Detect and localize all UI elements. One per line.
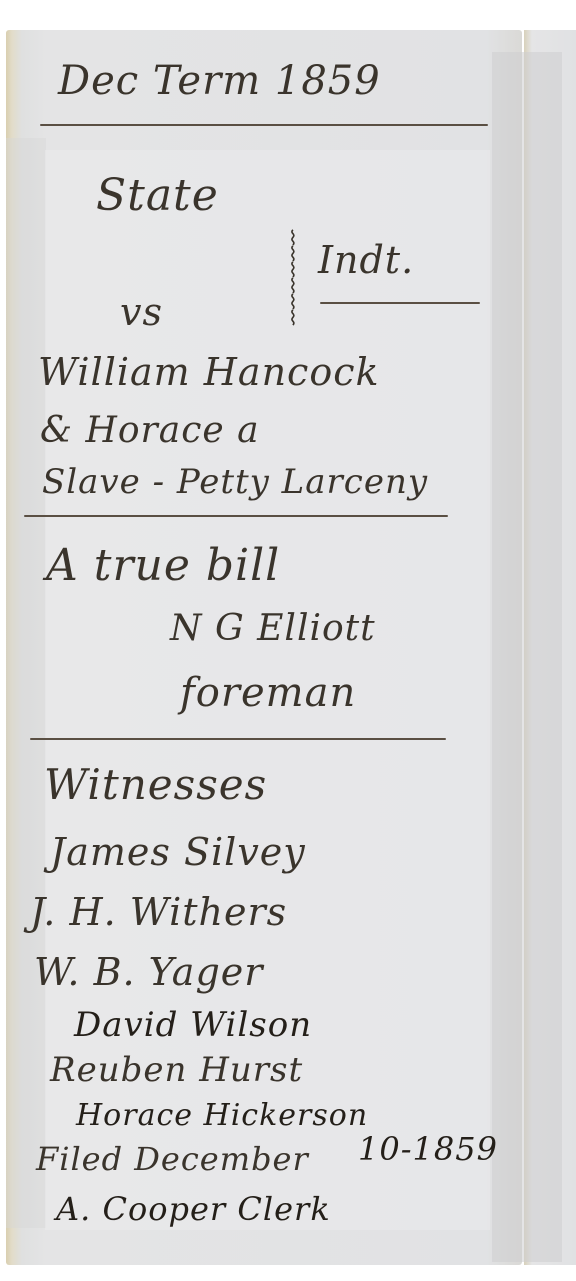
divider-rule — [40, 124, 488, 126]
filed-date: 10-1859 — [358, 1130, 498, 1168]
witness-name: James Silvey — [50, 830, 306, 874]
term-heading: Dec Term 1859 — [58, 58, 381, 104]
defendants-line-2: & Horace a — [40, 410, 260, 451]
divider-rule — [24, 515, 448, 517]
foreman-signature: N G Elliott — [170, 608, 376, 649]
tape-strip-right — [492, 52, 562, 1262]
witness-name: Reuben Hurst — [50, 1050, 303, 1090]
caption-bracket-icon: ⌇⌇⌇⌇⌇⌇ — [288, 230, 298, 326]
foreman-title: foreman — [180, 670, 356, 716]
witness-name: W. B. Yager — [34, 950, 263, 994]
clerk-signature: A. Cooper Clerk — [56, 1190, 331, 1228]
witnesses-label: Witnesses — [44, 760, 267, 809]
divider-rule — [30, 738, 446, 740]
witness-name: J. H. Withers — [30, 890, 287, 934]
witness-name: Horace Hickerson — [76, 1098, 368, 1133]
witness-name: David Wilson — [74, 1005, 312, 1045]
versus: vs — [120, 290, 163, 334]
defendants-line-1: William Hancock — [38, 350, 380, 394]
charge-label: Indt. — [318, 238, 414, 282]
true-bill-finding: A true bill — [46, 540, 280, 591]
charge-underline — [320, 302, 480, 304]
filed-text: Filed December — [36, 1140, 309, 1178]
defendants-line-3: Slave - Petty Larceny — [42, 462, 428, 502]
tape-strip-left — [6, 138, 46, 1228]
plaintiff: State — [96, 170, 219, 221]
